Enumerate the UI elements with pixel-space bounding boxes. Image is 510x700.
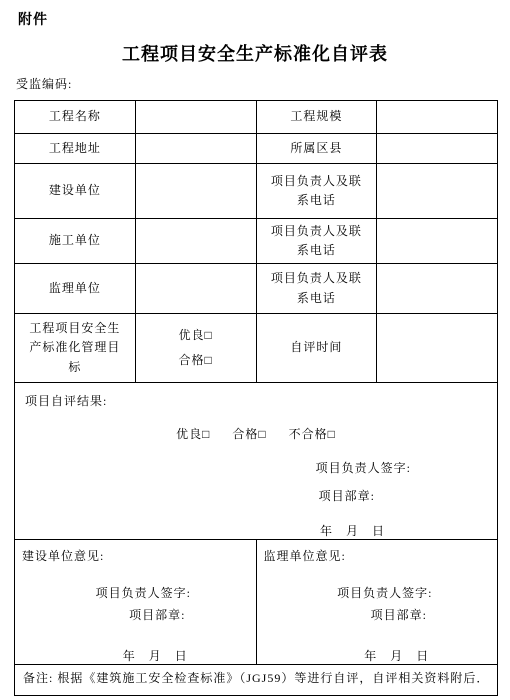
builder-unit-field[interactable] bbox=[135, 219, 256, 264]
construction-unit-label: 建设单位 bbox=[15, 164, 136, 219]
construction-opinion-seal-label: 项目部章: bbox=[15, 606, 256, 623]
checkbox-result-unqualified[interactable]: 不合格□ bbox=[289, 427, 336, 441]
table-row-project-address: 工程地址 所属区县 bbox=[15, 134, 498, 164]
checkbox-result-excellent[interactable]: 优良□ bbox=[176, 427, 210, 441]
project-scale-label: 工程规模 bbox=[256, 101, 377, 134]
construction-opinion-sign-label: 项目负责人签字: bbox=[15, 584, 256, 601]
checkbox-result-qualified[interactable]: 合格□ bbox=[232, 427, 266, 441]
table-row-note: 备注: 根据《建筑施工安全检查标准》（JGJ59）等进行自评，自评相关资料附后． bbox=[15, 665, 498, 696]
supervision-code-label: 受监编码: bbox=[16, 75, 72, 92]
district-field[interactable] bbox=[377, 134, 498, 164]
self-eval-sign-label: 项目负责人签字: bbox=[15, 459, 497, 476]
supervision-opinion-seal-label: 项目部章: bbox=[257, 606, 498, 623]
builder-unit-label: 施工单位 bbox=[15, 219, 136, 264]
table-row-builder-unit: 施工单位 项目负责人及联系电话 bbox=[15, 219, 498, 264]
supervision-unit-field[interactable] bbox=[135, 264, 256, 314]
checkbox-excellent[interactable]: 优良□ bbox=[142, 329, 250, 342]
project-scale-field[interactable] bbox=[377, 101, 498, 134]
table-row-construction-unit: 建设单位 项目负责人及联系电话 bbox=[15, 164, 498, 219]
page-title: 工程项目安全生产标准化自评表 bbox=[0, 40, 510, 66]
self-eval-result-heading: 项目自评结果: bbox=[15, 383, 497, 409]
self-assessment-table: 工程名称 工程规模 工程地址 所属区县 建设单位 项目负责人及联系电话 施工单位… bbox=[14, 100, 498, 696]
construction-contact-label: 项目负责人及联系电话 bbox=[256, 164, 377, 219]
table-row-self-eval-result: 项目自评结果: 优良□ 合格□ 不合格□ 项目负责人签字: 项目部章: 年 月 … bbox=[15, 383, 498, 540]
table-row-management-target: 工程项目安全生产标准化管理目标 优良□ 合格□ 自评时间 bbox=[15, 314, 498, 383]
self-eval-date-label: 年 月 日 bbox=[15, 522, 497, 539]
note-text: 备注: 根据《建筑施工安全检查标准》（JGJ59）等进行自评，自评相关资料附后． bbox=[15, 665, 498, 696]
project-name-field[interactable] bbox=[135, 101, 256, 134]
supervision-contact-label: 项目负责人及联系电话 bbox=[256, 264, 377, 314]
construction-unit-field[interactable] bbox=[135, 164, 256, 219]
management-target-label: 工程项目安全生产标准化管理目标 bbox=[15, 314, 136, 383]
project-address-label: 工程地址 bbox=[15, 134, 136, 164]
self-eval-time-field[interactable] bbox=[377, 314, 498, 383]
supervision-unit-label: 监理单位 bbox=[15, 264, 136, 314]
management-target-options: 优良□ 合格□ bbox=[135, 314, 256, 383]
supervision-opinion-cell: 监理单位意见: 项目负责人签字: 项目部章: 年 月 日 bbox=[256, 540, 498, 665]
self-eval-seal-label: 项目部章: bbox=[15, 487, 497, 504]
self-eval-result-cell: 项目自评结果: 优良□ 合格□ 不合格□ 项目负责人签字: 项目部章: 年 月 … bbox=[15, 383, 498, 540]
supervision-opinion-date-label: 年 月 日 bbox=[257, 647, 498, 664]
checkbox-qualified[interactable]: 合格□ bbox=[142, 354, 250, 367]
district-label: 所属区县 bbox=[256, 134, 377, 164]
builder-contact-label: 项目负责人及联系电话 bbox=[256, 219, 377, 264]
construction-opinion-heading: 建设单位意见: bbox=[15, 540, 256, 564]
construction-opinion-date-label: 年 月 日 bbox=[15, 647, 256, 664]
project-name-label: 工程名称 bbox=[15, 101, 136, 134]
self-eval-result-options: 优良□ 合格□ 不合格□ bbox=[15, 425, 497, 442]
supervision-opinion-sign-label: 项目负责人签字: bbox=[257, 584, 498, 601]
supervision-opinion-heading: 监理单位意见: bbox=[257, 540, 498, 564]
table-row-opinions: 建设单位意见: 项目负责人签字: 项目部章: 年 月 日 监理单位意见: 项目负… bbox=[15, 540, 498, 665]
supervision-contact-field[interactable] bbox=[377, 264, 498, 314]
attachment-label: 附件 bbox=[18, 9, 48, 29]
construction-opinion-cell: 建设单位意见: 项目负责人签字: 项目部章: 年 月 日 bbox=[15, 540, 257, 665]
document-page: 附件 工程项目安全生产标准化自评表 受监编码: 工程名称 工程规模 工程地址 所… bbox=[0, 0, 510, 700]
self-eval-time-label: 自评时间 bbox=[256, 314, 377, 383]
project-address-field[interactable] bbox=[135, 134, 256, 164]
construction-contact-field[interactable] bbox=[377, 164, 498, 219]
table-row-supervision-unit: 监理单位 项目负责人及联系电话 bbox=[15, 264, 498, 314]
builder-contact-field[interactable] bbox=[377, 219, 498, 264]
table-row-project-name: 工程名称 工程规模 bbox=[15, 101, 498, 134]
